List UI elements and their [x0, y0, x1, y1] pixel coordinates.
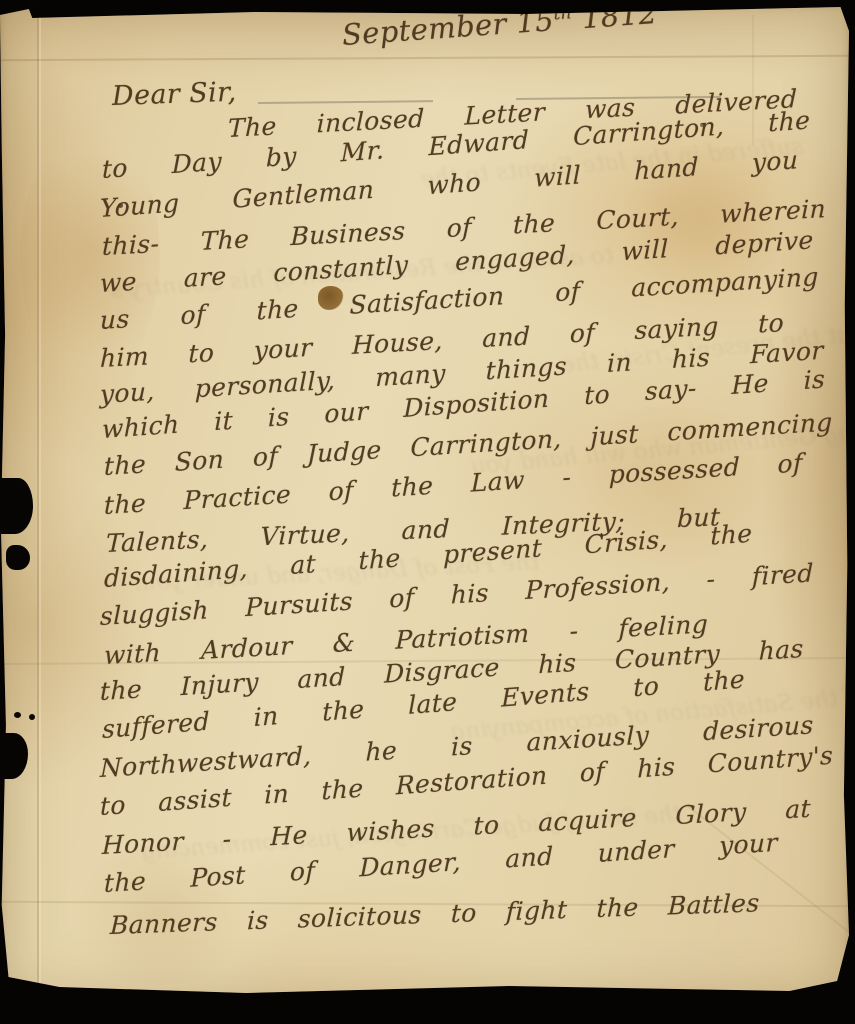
- letter-page: suffered in the late Events to the to as…: [0, 5, 849, 1005]
- body-line: Banners is solicitous to fight the Battl…: [109, 888, 760, 940]
- fold-crease-vertical-left-highlight: [39, 5, 41, 1005]
- date-year: 1812: [581, 0, 659, 35]
- date-month-day: September 15: [341, 3, 555, 52]
- worm-hole: [14, 712, 21, 718]
- torn-edge-notch: [6, 545, 30, 570]
- torn-edge-notch: [28, 0, 40, 10]
- date-ordinal: th: [553, 3, 573, 24]
- fold-crease-top: [0, 55, 849, 61]
- faint-rule-line: [258, 100, 433, 103]
- salutation: Dear Sir,: [111, 77, 236, 112]
- scanner-background: suffered in the late Events to the to as…: [0, 0, 855, 1024]
- worm-hole: [29, 714, 35, 720]
- fold-crease-vertical-left: [37, 5, 39, 1005]
- date-line: September 15th 1812: [341, 0, 659, 52]
